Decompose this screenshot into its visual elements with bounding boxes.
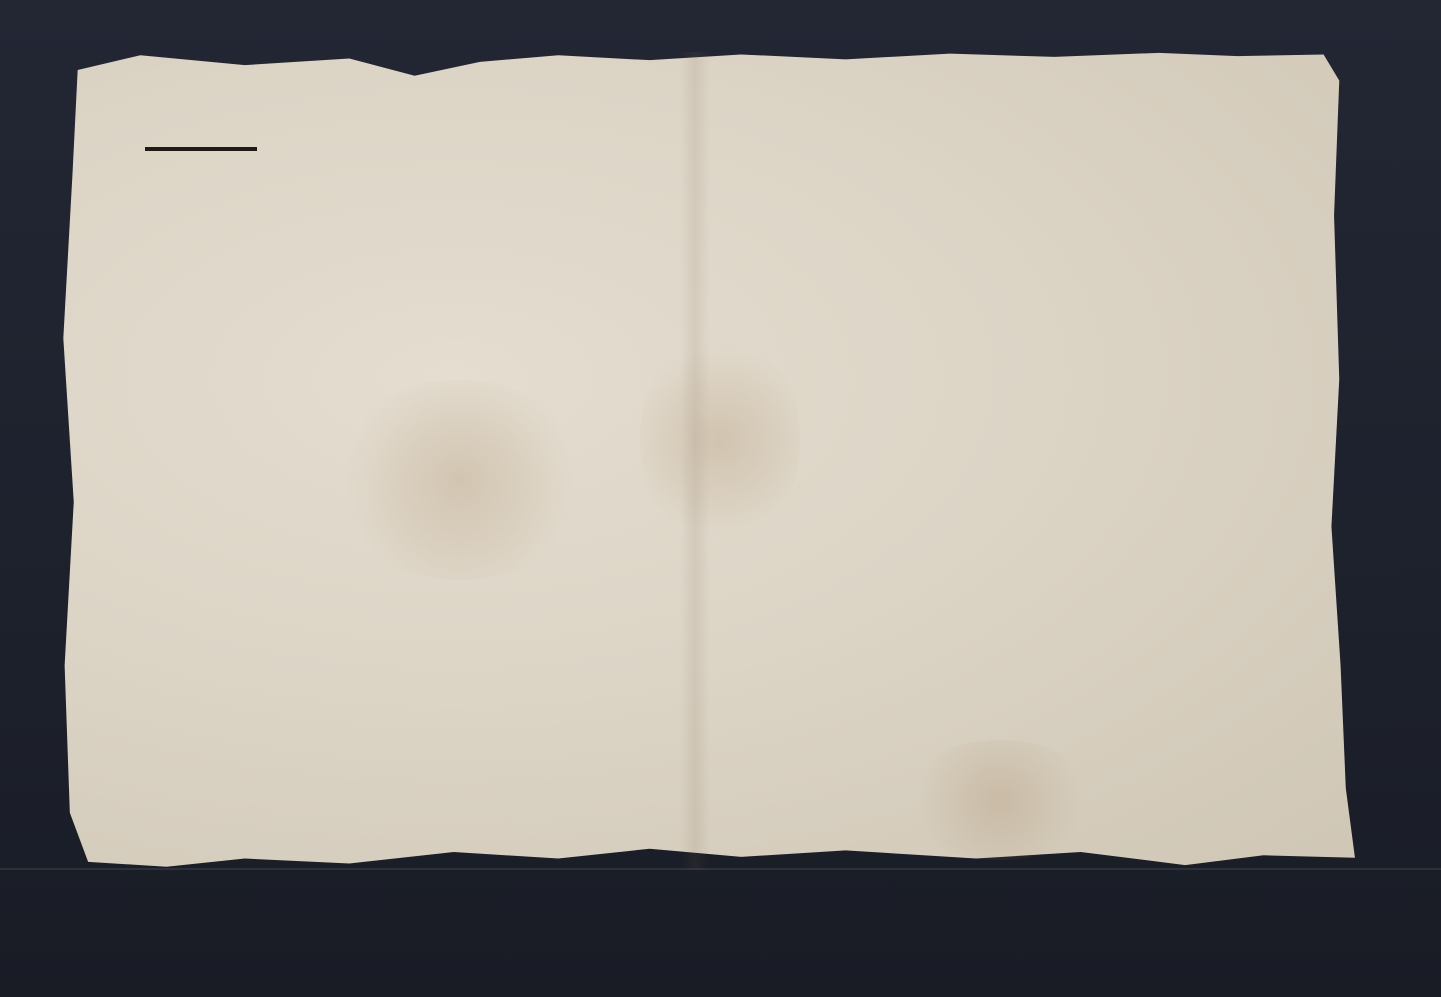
table-edge	[0, 868, 1441, 870]
number-rule	[145, 147, 257, 151]
notice-left	[145, 120, 625, 690]
paper-fold	[680, 52, 710, 870]
